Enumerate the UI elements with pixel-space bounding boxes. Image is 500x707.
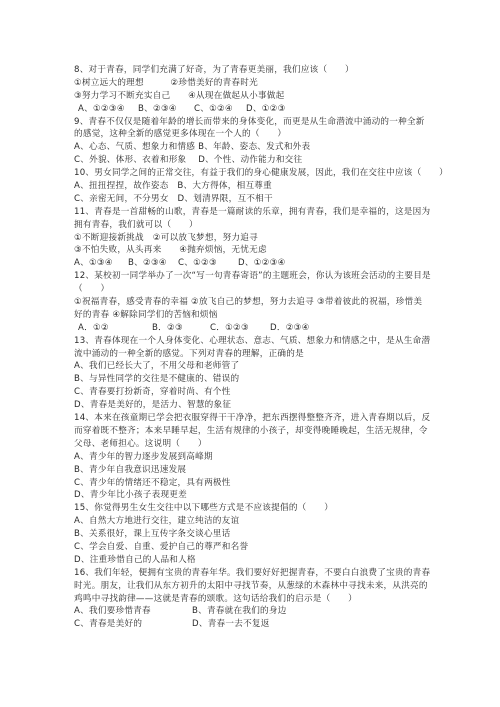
question-stem: 拥有青春，我们就可以（ ） — [74, 219, 430, 232]
option-a: A、自然大方地进行交往，建立纯洁的友谊 — [74, 515, 430, 528]
question-stem: 16、我们年轻，便拥有宝贵的青春年华。我们要好好把握青春，不要白白浪费了宝贵的青… — [74, 567, 430, 580]
option-line: C、亲密无间，不分男女 D、划清界限，互不相干 — [74, 193, 430, 206]
statement-line: 好的青春 ④解除同学们的苦恼和烦恼 — [74, 309, 430, 322]
option-c: C、学会自爱、自重、爱护自己的尊严和名誉 — [74, 541, 430, 554]
question-11: 11、青春是一首甜畅的山歌，青春是一篇耐读的乐章，拥有青春，我们是幸福的，这是因… — [74, 206, 430, 270]
question-stem: 10、男女同学之间的正常交往，有益于我们的身心健康发展，因此，我们在交往中应该（… — [74, 167, 430, 180]
question-10: 10、男女同学之间的正常交往，有益于我们的身心健康发展，因此，我们在交往中应该（… — [74, 167, 430, 206]
option-row: A、我们要珍惜青春 B、青春就在我们的身边 — [74, 605, 430, 618]
option-c: C、青春是美好的 — [74, 618, 192, 631]
exam-page: 8、对于青春，同学们充满了好奇，为了青春更美丽，我们应该（ ） ①树立远大的理想… — [74, 64, 430, 631]
option-b: B、②③④ — [128, 257, 178, 270]
question-stem: 的感觉，这种全新的感觉更多体现在一个人的（ ） — [74, 128, 430, 141]
option-b: B、②③④ — [138, 103, 194, 116]
statement-line: ③不怕失败，从头再来 ④抛弃烦恼，无忧无虑 — [74, 244, 430, 257]
option-b: B、青春就在我们的身边 — [192, 605, 287, 618]
option-b: B．②③ — [152, 322, 210, 335]
option-d: D．②③④ — [270, 322, 310, 335]
question-stem: 流中涌动的一种全新的感觉。下列对青春的理解，正确的是 — [74, 348, 430, 361]
option-row: A、①②③④ B、②③④ C、①②④ D、①②③ — [74, 103, 430, 116]
question-stem: 13、青春体现在一个人身体变化、心理状态、意志、气质、想象力和情感之中，是从生命… — [74, 335, 430, 348]
option-a: A、青少年的智力逐步发展到高峰期 — [74, 451, 430, 464]
option-d: D、青春一去不复返 — [192, 618, 270, 631]
question-stem: 9、青春不仅仅是随着年龄的增长而带来的身体变化，而更是从生命潜流中涌动的一种全新 — [74, 116, 430, 129]
question-stem: 14、本来在孩童期已学会把衣服穿得干干净净，把东西摆得整整齐齐，进入青春期以后，… — [74, 412, 430, 425]
question-14: 14、本来在孩童期已学会把衣服穿得干干净净，把东西摆得整整齐齐，进入青春期以后，… — [74, 412, 430, 502]
question-stem: 8、对于青春，同学们充满了好奇，为了青春更美丽，我们应该（ ） — [74, 64, 430, 77]
question-stem: 而穿着既不整齐；本来早睡早起，生活有规律的小孩子，却变得晚睡晚起，生活无规律，令 — [74, 425, 430, 438]
statement-line: ③努力学习不断充实自己 ④从现在做起从小事做起 — [74, 90, 430, 103]
option-d: D、①②③ — [246, 103, 286, 116]
option-c: C、①②④ — [194, 103, 246, 116]
option-d: D、青少年比小孩子表现更差 — [74, 489, 430, 502]
question-stem: 11、青春是一首甜畅的山歌，青春是一篇耐读的乐章，拥有青春，我们是幸福的，这是因… — [74, 206, 430, 219]
option-row: A、①③④ B、②③④ C、①②③ D、①②③④ — [74, 257, 430, 270]
question-12: 12、某校初一同学举办了一次“写一句青春寄语”的主题班会，你认为该班会活动的主要… — [74, 270, 430, 334]
option-row: A．①② B．②③ C．①②③ D．②③④ — [74, 322, 430, 335]
option-b: B、关系很好，课上互传字条交谈心里话 — [74, 528, 430, 541]
option-line: A、心态、气质、想象力和情感 B、年龄、姿态、发式和外表 — [74, 141, 430, 154]
question-stem: 时光。朋友，让我们从东方初升的太阳中寻找节奏，从葱绿的木森林中寻找未来，从洪亮的 — [74, 580, 430, 593]
option-line: C、外貌、体形、衣着和形象 D、个性、动作能力和交往 — [74, 154, 430, 167]
option-b: B、与异性同学的交往是不健康的、错误的 — [74, 373, 430, 386]
option-c: C、①②③ — [178, 257, 238, 270]
question-8: 8、对于青春，同学们充满了好奇，为了青春更美丽，我们应该（ ） ①树立远大的理想… — [74, 64, 430, 116]
question-stem: 鸡鸣中寻找韵律——这就是青春的颂歌。这句话给我们的启示是（ ） — [74, 593, 430, 606]
option-d: D、注重珍惜自己的人品和人格 — [74, 554, 430, 567]
question-13: 13、青春体现在一个人身体变化、心理状态、意志、气质、想象力和情感之中，是从生命… — [74, 335, 430, 412]
statement-line: ①树立远大的理想 ②珍惜美好的青春时光 — [74, 77, 430, 90]
option-b: B、青少年自我意识迅速发展 — [74, 464, 430, 477]
option-line: A、扭扭捏捏，故作姿态 B、大方得体，相互尊重 — [74, 180, 430, 193]
option-a: A、①③④ — [74, 257, 128, 270]
option-row: C、青春是美好的 D、青春一去不复返 — [74, 618, 430, 631]
statement-line: ①祝福青春，感受青春的幸福 ②放飞自己的梦想，努力去追寻 ③带着彼此的祝福，珍惜… — [74, 296, 430, 309]
option-a: A．①② — [78, 322, 152, 335]
statement-line: ①不断迎接新挑战 ②可以放飞梦想，努力追寻 — [74, 232, 430, 245]
question-stem: 15、你觉得男生女生交往中以下哪些方式是不应该提倡的（ ） — [74, 502, 430, 515]
option-a: A、我们已经长大了，不用父母和老师管了 — [74, 360, 430, 373]
option-d: D、青春是美好的，是活力、智慧的象征 — [74, 399, 430, 412]
question-stem: （ ） — [74, 283, 430, 296]
option-a: A、我们要珍惜青春 — [74, 605, 192, 618]
question-stem: 12、某校初一同学举办了一次“写一句青春寄语”的主题班会，你认为该班会活动的主要… — [74, 270, 430, 283]
option-c: C、青春要打扮新奇，穿着时尚、有个性 — [74, 386, 430, 399]
option-c: C．①②③ — [210, 322, 270, 335]
question-9: 9、青春不仅仅是随着年龄的增长而带来的身体变化，而更是从生命潜流中涌动的一种全新… — [74, 116, 430, 168]
option-a: A、①②③④ — [78, 103, 138, 116]
question-stem: 父母、老师担心。这说明（ ） — [74, 438, 430, 451]
option-d: D、①②③④ — [238, 257, 286, 270]
question-15: 15、你觉得男生女生交往中以下哪些方式是不应该提倡的（ ） A、自然大方地进行交… — [74, 502, 430, 566]
question-16: 16、我们年轻，便拥有宝贵的青春年华。我们要好好把握青春，不要白白浪费了宝贵的青… — [74, 567, 430, 631]
option-c: C、青少年的情绪还不稳定，具有两极性 — [74, 477, 430, 490]
